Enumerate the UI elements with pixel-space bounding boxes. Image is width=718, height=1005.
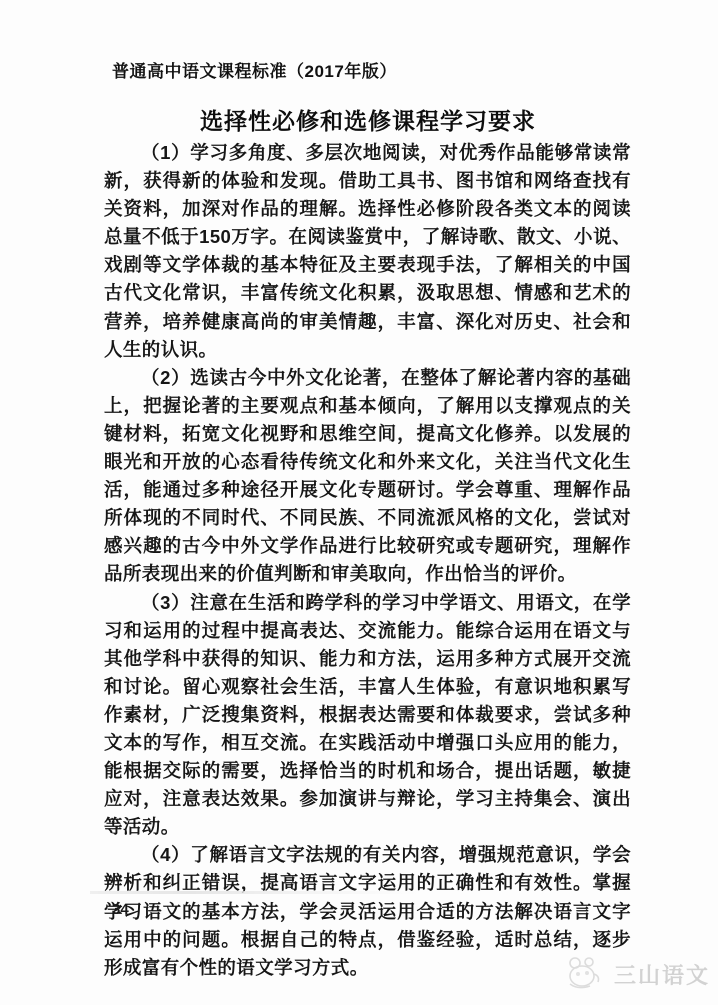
body-text: （1）学习多角度、多层次地阅读，对优秀作品能够常读常新，获得新的体验和发现。借助…	[104, 139, 631, 982]
watermark-label: 三山语文	[614, 959, 710, 990]
watermark: 三山语文	[560, 954, 710, 994]
paragraph-4: （4）了解语言文字法规的有关内容，增强规范意识，学会辨析和纠正错误，提高语言文字…	[104, 841, 631, 981]
page-title: 选择性必修和选修课程学习要求	[104, 103, 632, 136]
sansan-logo-icon	[560, 954, 608, 994]
paragraph-2: （2）选读古今中外文化论著，在整体了解论著内容的基础上，把握论著的主要观点和基本…	[104, 364, 631, 589]
paragraph-1: （1）学习多角度、多层次地阅读，对优秀作品能够常读常新，获得新的体验和发现。借助…	[104, 139, 631, 364]
document-page: 普通高中语文课程标准（2017年版） 选择性必修和选修课程学习要求 （1）学习多…	[0, 0, 718, 1005]
page-number: 34	[112, 901, 129, 918]
scan-artifact	[90, 891, 420, 894]
document-header: 普通高中语文课程标准（2017年版）	[112, 57, 397, 82]
paragraph-3: （3）注意在生活和跨学科的学习中学语文、用语文，在学习和运用的过程中提高表达、交…	[104, 589, 631, 842]
